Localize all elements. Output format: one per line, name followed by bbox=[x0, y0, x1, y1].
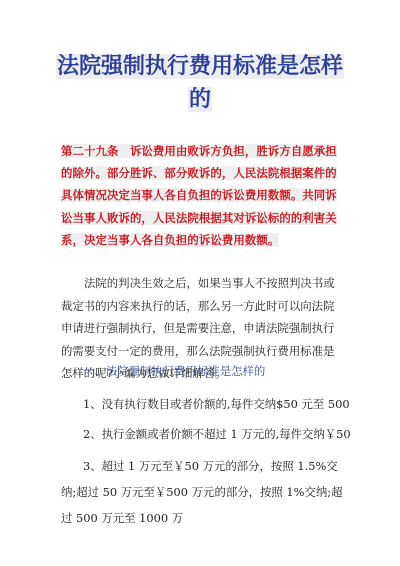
legal-quote-paragraph: 第二十九条 诉讼费用由败诉方负担，胜诉方自愿承担的除外。部分胜诉、部分败诉的，人… bbox=[61, 140, 345, 251]
legal-quote-text: 第二十九条 诉讼费用由败诉方负担，胜诉方自愿承担的除外。部分胜诉、部分败诉的，人… bbox=[61, 144, 337, 247]
title-line-1: 法院强制执行费用标准是怎样 bbox=[56, 54, 344, 79]
title-line-2: 的 bbox=[188, 87, 212, 112]
fee-item-3: 3、超过 1 万元至￥50 万元的部分，按照 1.5%交纳;超过 50 万元至￥… bbox=[61, 453, 351, 531]
section-heading: 一、法院强制执行费用标准是怎样的 bbox=[83, 362, 265, 380]
document-title: 法院强制执行费用标准是怎样 的 bbox=[0, 50, 400, 116]
fee-item-1: 1、没有执行数目或者价额的,每件交纳$50 元至 500 bbox=[83, 393, 350, 416]
fee-item-2: 2、执行金额或者价额不超过 1 万元的,每件交纳￥50 bbox=[83, 423, 351, 446]
